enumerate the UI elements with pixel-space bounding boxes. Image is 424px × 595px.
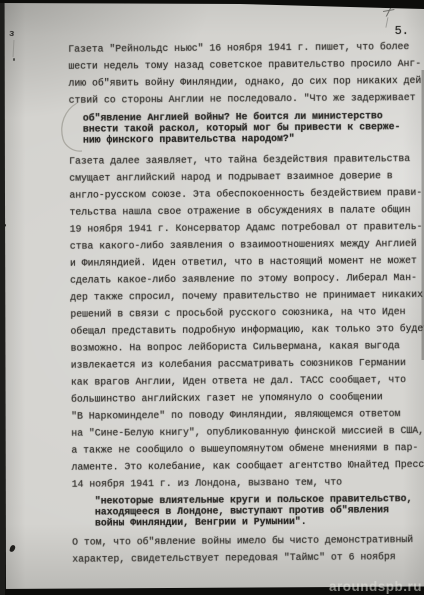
page-scan: Газета "Рейнольдс ньюс" 16 ноября 1941 г… — [0, 0, 424, 595]
text-line: войны Финляндии, Венгрии и Румынии". — [95, 516, 424, 530]
document-text: Газета "Рейнольдс ньюс" 16 ноября 1941 г… — [0, 0, 424, 595]
handwritten-mark: 7 — [382, 0, 394, 22]
page-number: 5. — [395, 24, 409, 38]
text-line: характер, свидетельствует передовая "Тай… — [72, 548, 424, 568]
quote-block: об"явление Англией войны? Не боится ли м… — [83, 111, 423, 146]
paragraph: Газета "Рейнольдс ньюс" 16 ноября 1941 г… — [68, 38, 423, 109]
watermark: aroundspb.ru — [329, 579, 422, 594]
ink-mark — [8, 29, 14, 40]
quote-block: "некоторые влиятельные круги и польское … — [95, 494, 424, 529]
text-line: ствий со стороны Англии не последовало. … — [69, 89, 423, 109]
ink-mark — [2, 386, 5, 389]
paragraph: О том, что об"явление войны имело бы чис… — [72, 531, 424, 568]
paragraph: Газета далее заявляет, что тайна бездейс… — [69, 150, 424, 493]
text-line: ламенте. Это колебание, как сообщает аге… — [71, 456, 424, 476]
text-line: нию финского правительства народом?" — [83, 133, 423, 147]
ink-mark — [13, 58, 15, 61]
text-line: 14 ноября 1941 г. из Лондона, вызвано те… — [72, 473, 424, 493]
